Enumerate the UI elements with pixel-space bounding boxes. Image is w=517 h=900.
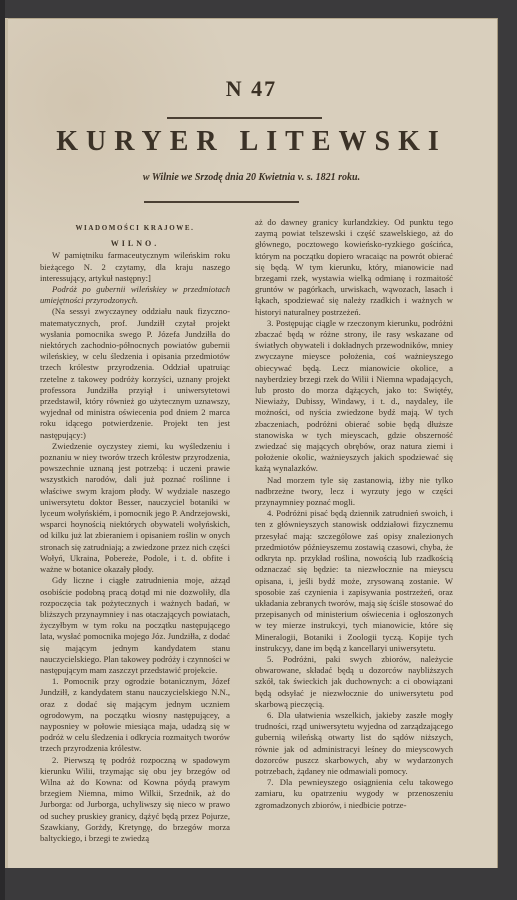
paragraph: Nad morzem tyle się zastanowią, iżby nie… [255, 475, 453, 509]
paragraph: 3. Postępując ciągle w rzeczonym kierunk… [255, 318, 453, 475]
paragraph: 4. Podróżni pisać będą dziennik zatrudni… [255, 508, 453, 654]
header-rule-top [167, 117, 322, 119]
paragraph: Zwiedzenie oyczystey ziemi, ku wyśledzen… [40, 441, 230, 575]
masthead-title: KURYER LITEWSKI [5, 126, 498, 158]
paragraph: 7. Dla pewnieyszego osiągnienia celu tak… [255, 777, 453, 811]
paragraph: 5. Podróżni, paki swych zbiorów, należyc… [255, 654, 453, 710]
paragraph: W pamiętniku farmaceutycznym wileńskim r… [40, 250, 230, 284]
paragraph: (Na sessyi zwyczayney oddziału nauk fizy… [40, 306, 230, 440]
paragraph: 2. Pierwszą tę podróż rozpoczną w spadow… [40, 755, 230, 845]
paragraph: aż do dawney granicy kurlandzkiey. Od pu… [255, 217, 453, 318]
right-column: aż do dawney granicy kurlandzkiey. Od pu… [255, 217, 453, 811]
newspaper-page: N 47 KURYER LITEWSKI w Wilnie we Srzodę … [5, 18, 498, 868]
paragraph: Gdy liczne i ciągłe zatrudnienia moje, a… [40, 575, 230, 676]
article-title: Podróż po gubernii wileńskiey w przedmio… [40, 284, 230, 306]
city-title: WILNO. [40, 238, 230, 249]
header-rule-bottom [144, 201, 299, 203]
section-title: WIADOMOŚCI KRAJOWE. [40, 223, 230, 234]
page-smudge: · · · [45, 826, 54, 832]
left-column: WIADOMOŚCI KRAJOWE. WILNO. W pamiętniku … [40, 223, 230, 844]
paragraph: 1. Pomocnik przy ogrodzie botanicznym, J… [40, 676, 230, 754]
page-fold-shadow [5, 18, 8, 868]
issue-number: N 47 [5, 76, 498, 102]
paragraph: 6. Dla ułatwienia wszelkich, jakieby zas… [255, 710, 453, 777]
dateline: w Wilnie we Srzodę dnia 20 Kwietnia v. s… [5, 172, 498, 183]
